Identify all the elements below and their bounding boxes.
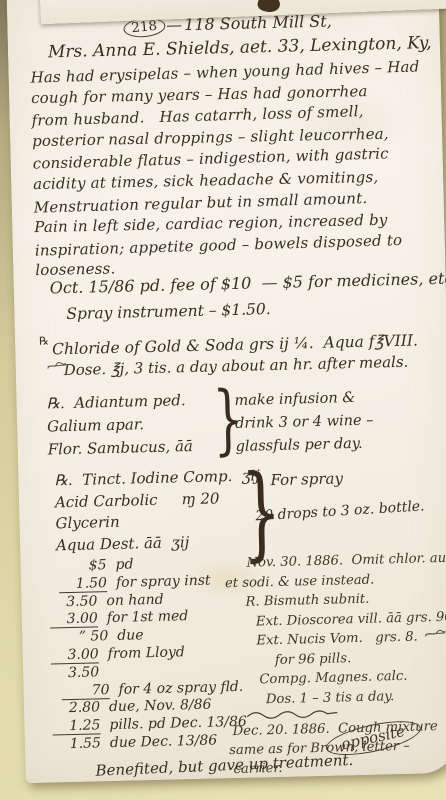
ledger-amount: 1.55 xyxy=(53,735,101,752)
ledger-desc: from Lloyd xyxy=(108,644,185,662)
follow-up-notes: Nov. 30. 1886. Omit chlor. aur. et sodi.… xyxy=(224,548,446,779)
ledger-desc: due Dec. 13/86 xyxy=(110,732,218,751)
rx-symbol: ℞ xyxy=(39,334,49,347)
ledger-desc: due, Nov. 8/86 xyxy=(109,697,212,715)
ledger-amount: $5 xyxy=(58,557,106,574)
rx-ingredient: Flor. Sambucus, āā xyxy=(47,435,193,462)
ledger-amount: 1.25 xyxy=(52,717,100,735)
rx-infusion-block: ℞. Adiantum ped. Galium apar. Flor. Samb… xyxy=(46,389,193,462)
history-paragraph: Has had erysipelas – when young had hive… xyxy=(30,57,424,282)
rx-ingredient: Aqua Dest. āā ʒij xyxy=(56,530,262,557)
paper: 218—118 South Mill St, Mrs. Anna E. Shie… xyxy=(6,0,446,783)
ledger-desc: for spray inst xyxy=(116,572,211,590)
crossed-out-scribble-icon xyxy=(424,628,446,640)
ledger-desc: pd xyxy=(115,556,133,572)
rx-directions: make infusion & drink 3 or 4 wine – glas… xyxy=(234,387,374,459)
ledger-amount: 3.00 xyxy=(51,646,99,664)
payment-line-spray: Spray instrument – $1.50. xyxy=(66,300,271,323)
rx-spray-block: ℞. Tinct. Iodine Comp. ʒij Acid Carbolic… xyxy=(54,465,261,556)
ledger-desc: due xyxy=(117,627,144,644)
ledger-row: 1.55due Dec. 13/86 xyxy=(53,732,248,755)
ledger-amount: ” 50 xyxy=(60,628,108,645)
notes-november: Nov. 30. 1886. Omit chlor. aur. et sodi.… xyxy=(224,548,446,710)
ledger-amount: 3.50 xyxy=(51,664,99,681)
ledger-desc: pills. pd Dec. 13/86 xyxy=(109,714,247,733)
rx-direction-line: drink 3 or 4 wine – xyxy=(235,410,374,436)
ledger-amount: 70 xyxy=(61,682,109,700)
mat-background: 218—118 South Mill St, Mrs. Anna E. Shie… xyxy=(0,0,446,800)
account-ledger: $5pd 1.50for spray inst 3.50on hand 3.00… xyxy=(48,554,247,754)
rx-direction-line: make infusion & xyxy=(234,387,373,413)
ledger-desc: for 1st med xyxy=(107,609,189,627)
rx-direction-line: For spray xyxy=(270,469,343,489)
note-line: Ext. Nucis Vom. grs. 8. xyxy=(256,630,418,649)
ledger-desc: on hand xyxy=(106,591,164,608)
ledger-amount: 2.80 xyxy=(52,700,100,717)
rx-ingredient: ℞. Adiantum ped. xyxy=(46,389,192,416)
ledger-desc: for 4 oz spray fld. xyxy=(118,678,243,697)
ledger-amount: 1.50 xyxy=(59,575,107,593)
ledger-amount: 3.50 xyxy=(49,593,97,610)
ledger-amount: 3.00 xyxy=(50,611,98,629)
